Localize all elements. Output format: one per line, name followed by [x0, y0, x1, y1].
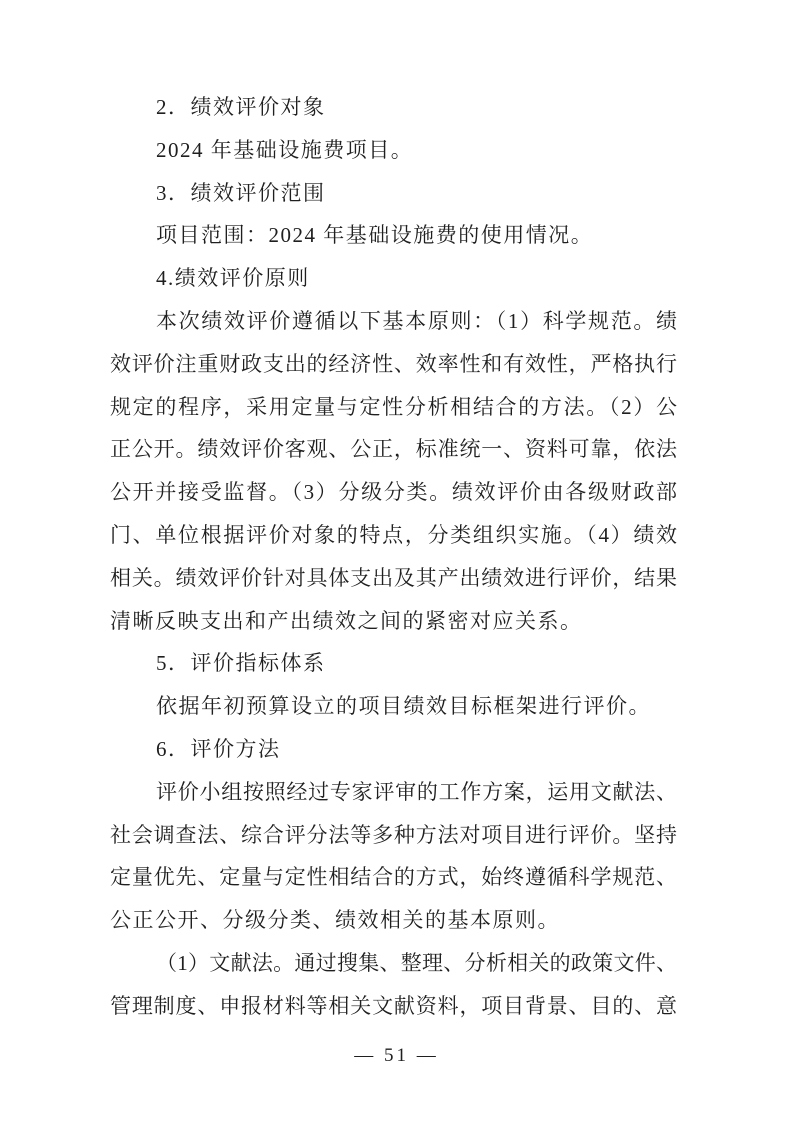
- section-heading-6: 6．评价方法: [110, 728, 677, 771]
- section-heading-4: 4.绩效评价原则: [110, 257, 677, 300]
- paragraph-line: 本次绩效评价遵循以下基本原则：（1）科学规范。绩: [110, 300, 677, 343]
- paragraph-line: 定量优先、定量与定性相结合的方式，始终遵循科学规范、: [110, 856, 677, 899]
- section-heading-3: 3．绩效评价范围: [110, 172, 677, 215]
- document-page: 2．绩效评价对象 2024 年基础设施费项目。 3．绩效评价范围 项目范围：20…: [0, 0, 793, 1122]
- body-line: 项目范围：2024 年基础设施费的使用情况。: [110, 214, 677, 257]
- body-line: 2024 年基础设施费项目。: [110, 129, 677, 172]
- paragraph-line: 效评价注重财政支出的经济性、效率性和有效性，严格执行: [110, 343, 677, 386]
- paragraph-line: 相关。绩效评价针对具体支出及其产出绩效进行评价，结果: [110, 557, 677, 600]
- paragraph-line: 门、单位根据评价对象的特点，分类组织实施。（4）绩效: [110, 514, 677, 557]
- document-body: 2．绩效评价对象 2024 年基础设施费项目。 3．绩效评价范围 项目范围：20…: [110, 86, 677, 1028]
- paragraph-line: 公正公开、分级分类、绩效相关的基本原则。: [110, 899, 677, 942]
- paragraph-line: 管理制度、申报材料等相关文献资料，项目背景、目的、意: [110, 985, 677, 1028]
- section-heading-5: 5．评价指标体系: [110, 642, 677, 685]
- body-line: 依据年初预算设立的项目绩效目标框架进行评价。: [110, 685, 677, 728]
- paragraph-line: 社会调查法、综合评分法等多种方法对项目进行评价。坚持: [110, 814, 677, 857]
- paragraph-line: 正公开。绩效评价客观、公正，标准统一、资料可靠，依法: [110, 428, 677, 471]
- paragraph-line: （1）文献法。通过搜集、整理、分析相关的政策文件、: [110, 942, 677, 985]
- paragraph-line: 评价小组按照经过专家评审的工作方案，运用文献法、: [110, 771, 677, 814]
- paragraph-line: 清晰反映支出和产出绩效之间的紧密对应关系。: [110, 600, 677, 643]
- section-heading-2: 2．绩效评价对象: [110, 86, 677, 129]
- paragraph-line: 公开并接受监督。（3）分级分类。绩效评价由各级财政部: [110, 471, 677, 514]
- page-number: — 51 —: [0, 1040, 793, 1072]
- paragraph-line: 规定的程序，采用定量与定性分析相结合的方法。（2）公: [110, 386, 677, 429]
